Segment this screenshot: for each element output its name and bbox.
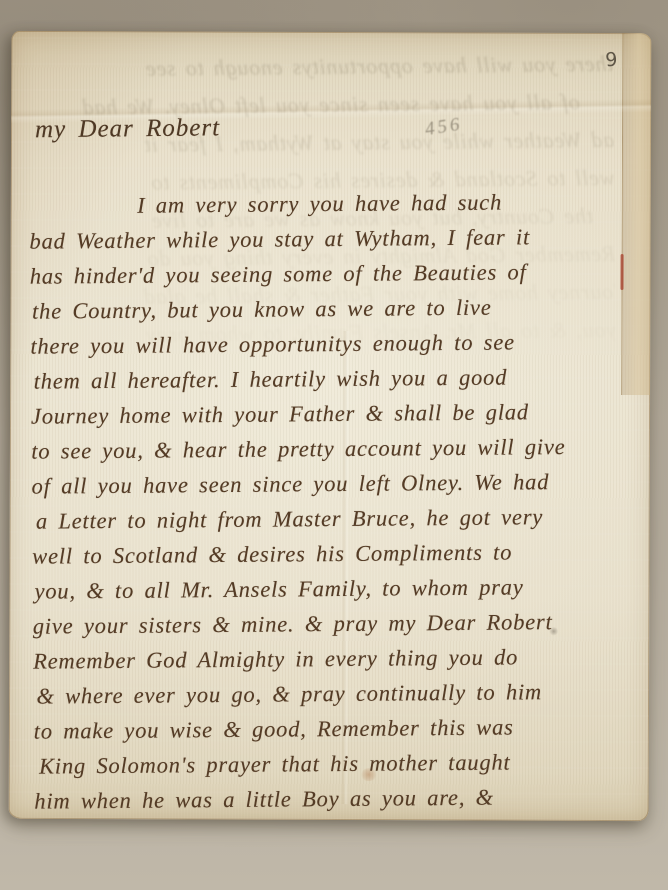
letter-line: the Country, but you know as we are to l… <box>32 288 638 328</box>
letter-line: give your sisters & mine. & pray my Dear… <box>33 603 641 643</box>
letter-body: I am very sorry you have had such bad We… <box>29 183 642 818</box>
salutation: my Dear Robert <box>35 114 220 144</box>
photo-backdrop: there you will have opportunitys enough … <box>0 0 668 890</box>
letter-line: you, & to all Mr. Ansels Family, to whom… <box>34 568 640 608</box>
letter-line: I am very sorry you have had such <box>29 183 637 223</box>
letter-line: them all hereafter. I heartily wish you … <box>34 358 639 398</box>
letter-line: to see you, & hear the pretty account yo… <box>31 428 639 468</box>
letter-line: a Letter to night from Master Bruce, he … <box>36 498 640 538</box>
letter-line: has hinder'd you seeing some of the Beau… <box>30 253 638 293</box>
letter-line: to make you wise & good, Remember this w… <box>34 708 642 748</box>
letter-line: King Solomon's prayer that his mother ta… <box>39 743 642 783</box>
bleed-through-line: there you will have opportunitys enough … <box>25 45 613 89</box>
letter-line: well to Scotland & desires his Complimen… <box>32 533 640 573</box>
letter-page: there you will have opportunitys enough … <box>9 31 652 821</box>
letter-line: of all you have seen since you left Olne… <box>31 463 639 503</box>
page-number-annotation: 9 <box>604 49 618 72</box>
letter-line: & where ever you go, & pray continually … <box>36 673 641 713</box>
letter-line: bad Weather while you stay at Wytham, I … <box>29 218 637 258</box>
letter-line: there you will have opportunitys enough … <box>30 323 638 363</box>
letter-line: him when he was a little Boy as you are,… <box>34 778 642 818</box>
letter-line: Journey home with your Father & shall be… <box>31 393 639 433</box>
letter-line: Remember God Almighty in every thing you… <box>33 638 641 678</box>
